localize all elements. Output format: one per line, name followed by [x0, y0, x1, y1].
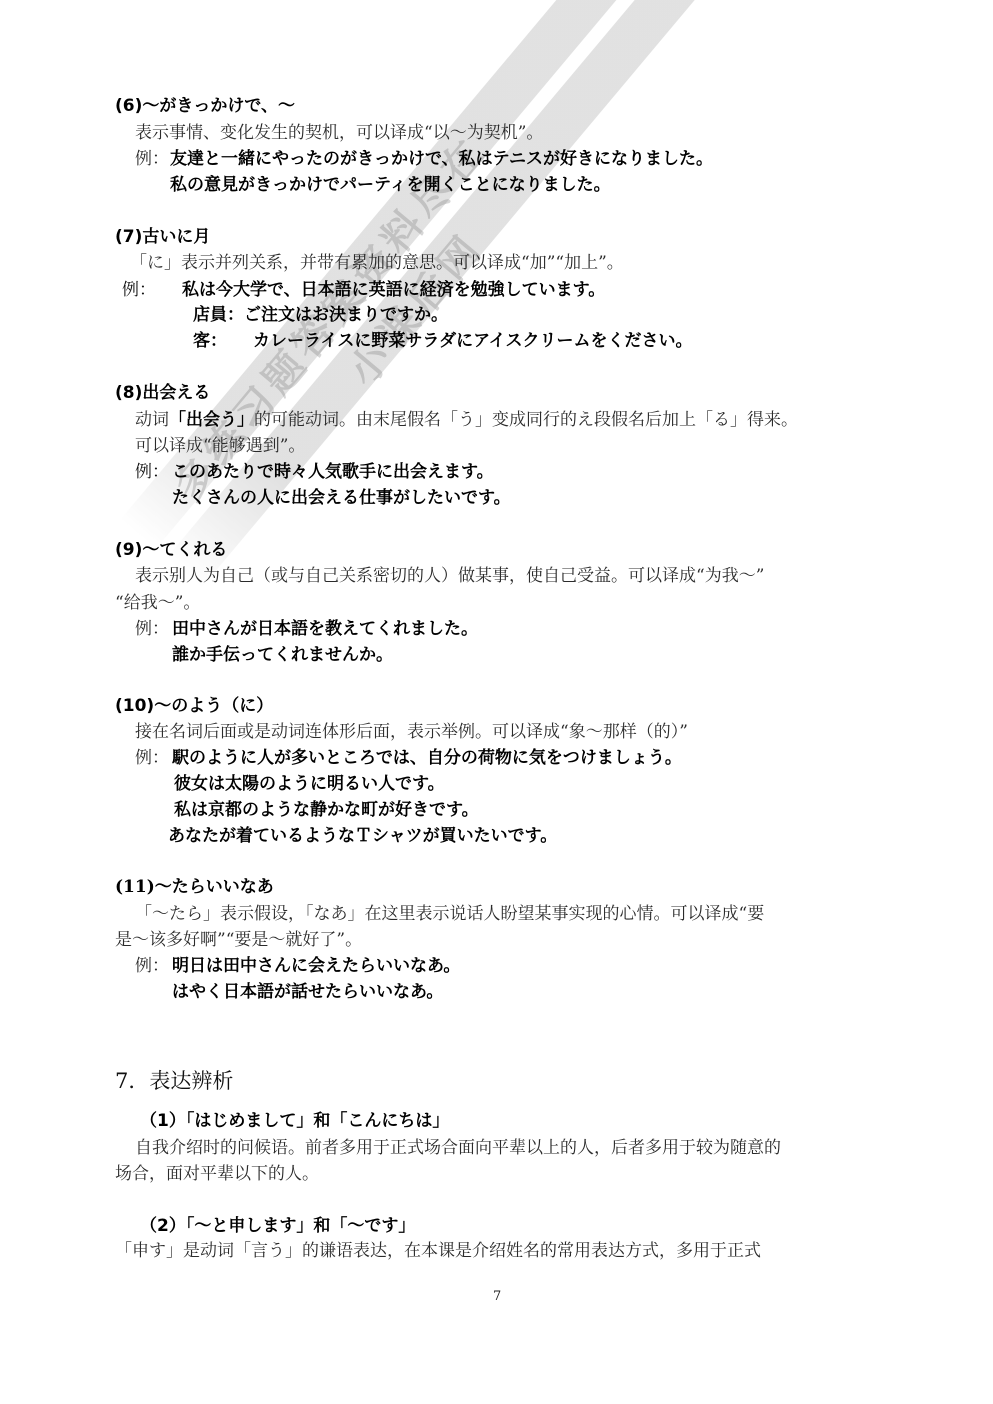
section-description: 接在名词后面或是动词连体形后面，表示举例。可以译成“象～那样（的）” — [135, 721, 688, 743]
description-keyword: 「出会う」 — [169, 410, 254, 430]
example-label: 例： — [135, 148, 169, 170]
subsection-body-cont: 场合，面对平辈以下的人。 — [115, 1163, 319, 1185]
example-sentence: 誰か手伝ってくれませんか。 — [172, 644, 393, 666]
example-sentence: 私の意見がきっかけでパーティを開くことになりました。 — [170, 174, 611, 196]
example-sentence: 明日は田中さんに会えたらいいなあ。 — [172, 955, 460, 977]
example-label: 例： — [122, 279, 156, 301]
description-suffix: 的可能动词。由末尾假名「う」变成同行的え段假名后加上「る」得来。 — [254, 410, 798, 430]
example-label: 例： — [135, 618, 169, 640]
subsection-heading: （2）「～と申します」和「～です」 — [140, 1215, 415, 1237]
example-sentence: はやく日本語が話せたらいいなあ。 — [172, 981, 443, 1003]
example-sentence: このあたりで時々人気歌手に出会えます。 — [172, 461, 494, 483]
example-speaker: 客： — [193, 330, 227, 352]
example-label: 例： — [135, 955, 169, 977]
subsection-heading: （1）「はじめまして」和「こんにちは」 — [140, 1110, 449, 1132]
page-number: 7 — [493, 1286, 501, 1308]
example-sentence: 田中さんが日本語を教えてくれました。 — [172, 618, 478, 640]
section-description-cont: 是～该多好啊”“要是～就好了”。 — [115, 929, 362, 951]
chapter-heading: 7．表达辨析 — [115, 1070, 233, 1092]
example-sentence: たくさんの人に出会える仕事がしたいです。 — [172, 487, 511, 509]
example-sentence: あなたが着ているようなＴシャツが買いたいです。 — [168, 825, 557, 847]
section-heading: (6)～がきっかけで、～ — [115, 95, 295, 117]
section-heading: (10)～のよう（に） — [115, 695, 273, 717]
example-sentence: 駅のように人が多いところでは、自分の荷物に気をつけましょう。 — [172, 747, 682, 769]
example-sentence: 私は京都のような静かな町が好きです。 — [174, 799, 479, 821]
description-prefix: 动词 — [135, 410, 169, 430]
example-label: 例： — [135, 747, 169, 769]
section-description-cont: “给我～”。 — [115, 592, 200, 614]
subsection-body: 「申す」是动词「言う」的谦语表达，在本课是介绍姓名的常用表达方式，多用于正式 — [115, 1240, 761, 1262]
section-description: 表示别人为自己（或与自己关系密切的人）做某事，使自己受益。可以译成“为我～” — [135, 565, 764, 587]
example-sentence: 友達と一緒にやったのがきっかけで、私はテニスが好きになりました。 — [170, 148, 713, 170]
subsection-body: 自我介绍时的问候语。前者多用于正式场合面向平辈以上的人，后者多用于较为随意的 — [135, 1137, 781, 1159]
section-description: 表示事情、变化发生的契机，可以译成“以～为契机”。 — [135, 122, 543, 144]
example-sentence: 店員：ご注文はお決まりですか。 — [193, 304, 448, 326]
example-sentence: 私は今大学で、日本語に英語に経済を勉強しています。 — [182, 279, 605, 301]
example-label: 例： — [135, 461, 169, 483]
section-description: 「に」表示并列关系，并带有累加的意思。可以译成“加”“加上”。 — [130, 252, 624, 274]
section-heading: (11)～たらいいなあ — [115, 876, 274, 898]
section-heading: (7)古いに月 — [115, 226, 210, 248]
example-sentence: カレーライスに野菜サラダにアイスクリームをください。 — [253, 330, 692, 352]
example-sentence: 彼女は太陽のように明るい人です。 — [174, 773, 445, 795]
section-description: 「～たら」表示假设，「なあ」在这里表示说话人盼望某事实现的心情。可以译成“要 — [135, 903, 764, 925]
section-description-cont: 可以译成“能够遇到”。 — [135, 435, 305, 457]
section-heading: (9)～てくれる — [115, 539, 227, 561]
section-heading: (8)出会える — [115, 382, 210, 404]
section-description: 动词「出会う」的可能动词。由末尾假名「う」变成同行的え段假名后加上「る」得来。 — [135, 409, 798, 431]
